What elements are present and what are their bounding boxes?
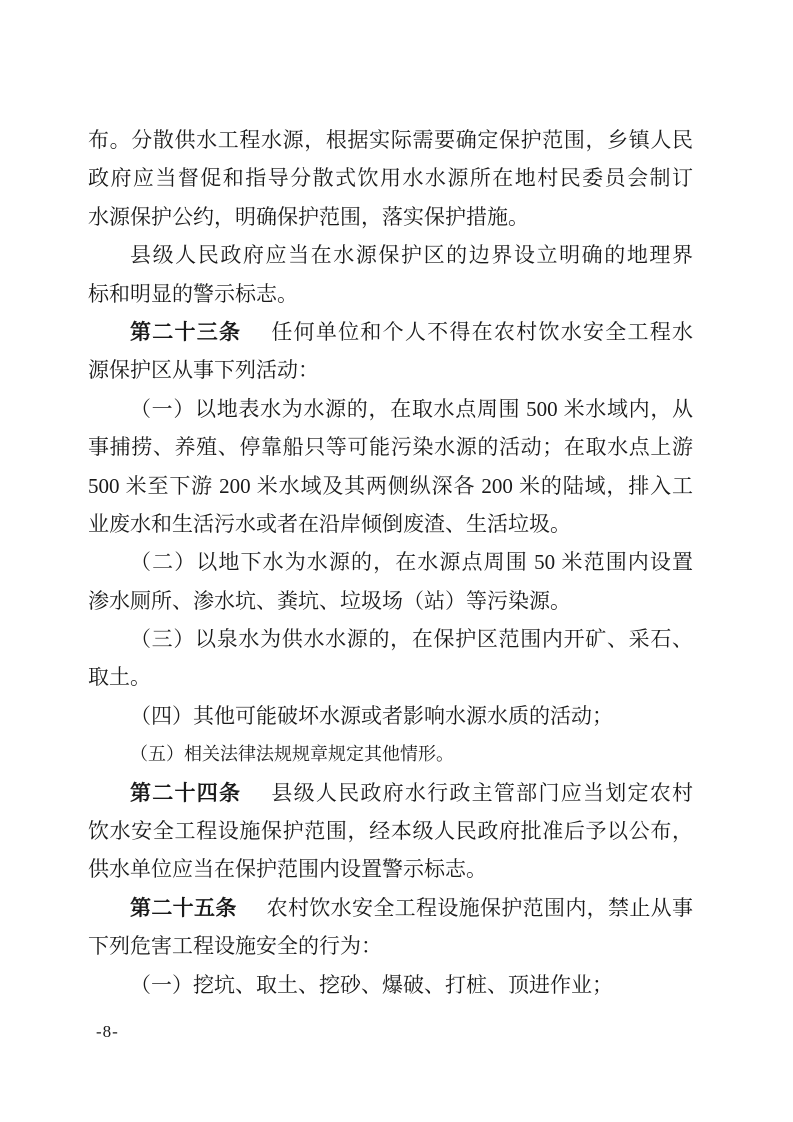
text-line: 布。分散供水工程水源，根据实际需要确定保护范围，乡镇人民: [88, 121, 693, 159]
article-number: 第二十四条: [130, 781, 241, 805]
line-text: 布。分散供水工程水源，根据实际需要确定保护范围，乡镇人民: [88, 128, 693, 152]
line-text: 水源保护公约，明确保护范围，落实保护措施。: [88, 205, 529, 229]
text-line: 饮水安全工程设施保护范围，经本级人民政府批准后予以公布，: [88, 812, 693, 850]
line-text: 事捕捞、养殖、停靠船只等可能污染水源的活动；在取水点上游: [88, 435, 693, 459]
line-text: 标和明显的警示标志。: [88, 282, 298, 306]
line-text: （五）相关法律法规规章规定其他情形。: [130, 744, 454, 764]
line-text: 县级人民政府应当在水源保护区的边界设立明确的地理界: [130, 243, 693, 267]
text-line: 标和明显的警示标志。: [88, 275, 693, 313]
text-line: （一）挖坑、取土、挖砂、爆破、打桩、顶进作业；: [88, 966, 693, 1004]
text-line: 第二十四条县级人民政府水行政主管部门应当划定农村: [88, 774, 693, 812]
line-text: （四）其他可能破坏水源或者影响水源水质的活动；: [130, 704, 613, 728]
line-text: 任何单位和个人不得在农村饮水安全工程水: [271, 320, 693, 344]
text-line: 供水单位应当在保护范围内设置警示标志。: [88, 850, 693, 888]
line-text: 业废水和生活污水或者在沿岸倾倒废渣、生活垃圾。: [88, 512, 571, 536]
text-line: 县级人民政府应当在水源保护区的边界设立明确的地理界: [88, 236, 693, 274]
line-text: （二）以地下水为水源的，在水源点周围 50 米范围内设置: [130, 550, 693, 574]
line-text: 渗水厕所、渗水坑、粪坑、垃圾场（站）等污染源。: [88, 589, 571, 613]
line-text: 农村饮水安全工程设施保护范围内，禁止从事: [267, 896, 693, 920]
text-line: （三）以泉水为供水水源的，在保护区范围内开矿、采石、: [88, 620, 693, 658]
line-text: 500 米至下游 200 米水域及其两侧纵深各 200 米的陆域，排入工: [88, 474, 693, 498]
document-page: 布。分散供水工程水源，根据实际需要确定保护范围，乡镇人民政府应当督促和指导分散式…: [0, 0, 793, 1122]
text-line: 第二十三条任何单位和个人不得在农村饮水安全工程水: [88, 313, 693, 351]
text-line: 源保护区从事下列活动：: [88, 351, 693, 389]
page-number: -8-: [96, 1022, 119, 1042]
text-line: （二）以地下水为水源的，在水源点周围 50 米范围内设置: [88, 543, 693, 581]
article-number: 第二十五条: [130, 896, 237, 920]
line-text: （一）挖坑、取土、挖砂、爆破、打桩、顶进作业；: [130, 973, 613, 997]
line-text: 取土。: [88, 665, 151, 689]
text-line: （一）以地表水为水源的，在取水点周围 500 米水域内，从: [88, 390, 693, 428]
text-line: 政府应当督促和指导分散式饮用水水源所在地村民委员会制订: [88, 159, 693, 197]
document-body: 布。分散供水工程水源，根据实际需要确定保护范围，乡镇人民政府应当督促和指导分散式…: [88, 121, 693, 1004]
text-line: 第二十五条农村饮水安全工程设施保护范围内，禁止从事: [88, 889, 693, 927]
text-line: 下列危害工程设施安全的行为：: [88, 927, 693, 965]
text-line: 业废水和生活污水或者在沿岸倾倒废渣、生活垃圾。: [88, 505, 693, 543]
line-text: 政府应当督促和指导分散式饮用水水源所在地村民委员会制订: [88, 166, 693, 190]
line-text: 供水单位应当在保护范围内设置警示标志。: [88, 857, 487, 881]
text-line: 水源保护公约，明确保护范围，落实保护措施。: [88, 198, 693, 236]
line-text: 县级人民政府水行政主管部门应当划定农村: [271, 781, 693, 805]
text-line: 取土。: [88, 658, 693, 696]
article-number: 第二十三条: [130, 320, 241, 344]
text-line: （五）相关法律法规规章规定其他情形。: [88, 735, 693, 773]
line-text: 饮水安全工程设施保护范围，经本级人民政府批准后予以公布，: [88, 819, 693, 843]
line-text: 源保护区从事下列活动：: [88, 358, 319, 382]
line-text: 下列危害工程设施安全的行为：: [88, 934, 382, 958]
line-text: （三）以泉水为供水水源的，在保护区范围内开矿、采石、: [130, 627, 693, 651]
line-text: （一）以地表水为水源的，在取水点周围 500 米水域内，从: [130, 397, 693, 421]
text-line: 500 米至下游 200 米水域及其两侧纵深各 200 米的陆域，排入工: [88, 467, 693, 505]
text-line: （四）其他可能破坏水源或者影响水源水质的活动；: [88, 697, 693, 735]
text-line: 渗水厕所、渗水坑、粪坑、垃圾场（站）等污染源。: [88, 582, 693, 620]
text-line: 事捕捞、养殖、停靠船只等可能污染水源的活动；在取水点上游: [88, 428, 693, 466]
